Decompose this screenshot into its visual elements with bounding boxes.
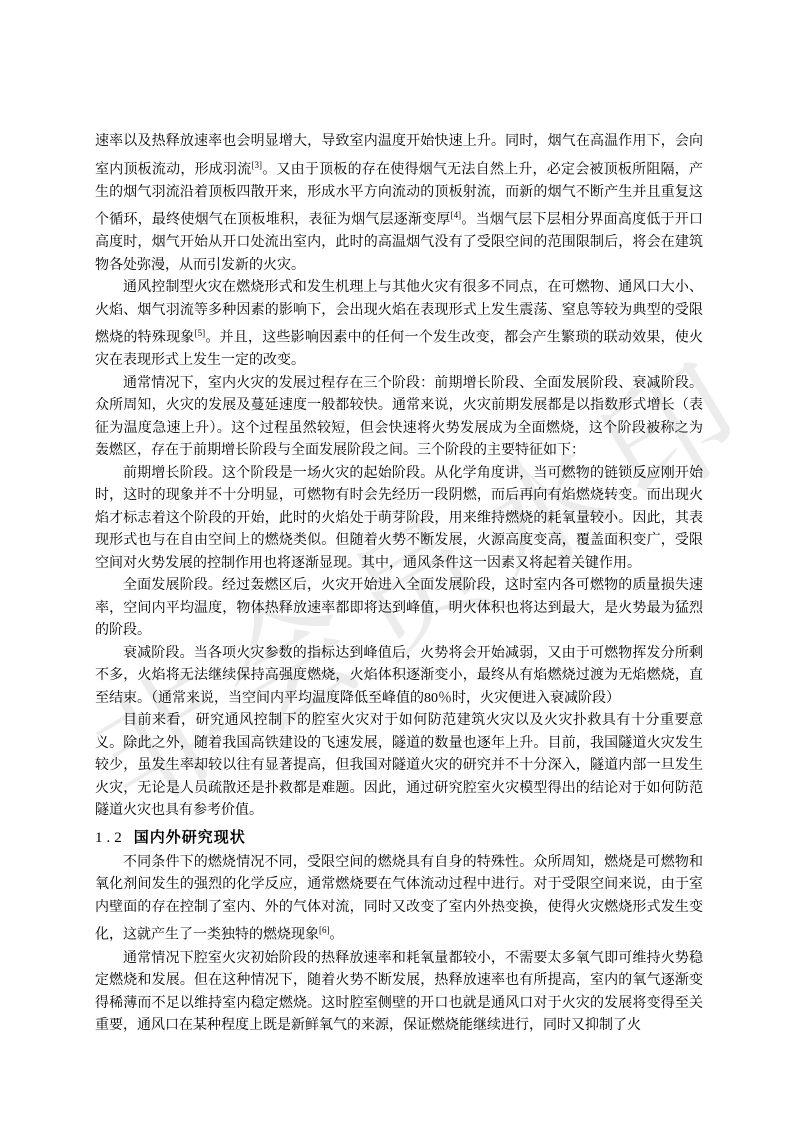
document-page: 非会员水印 速率以及热释放速率也会明显增大，导致室内温度开始快速上升。同时，烟气…: [0, 0, 793, 1122]
paragraph: 前期增长阶段。这个阶段是一场火灾的起始阶段。从化学角度讲，当可燃物的链锁反应刚开…: [95, 463, 703, 576]
paragraph: 全面发展阶段。经过轰燃区后，火灾开始进入全面发展阶段，这时室内各可燃物的质量损失…: [95, 575, 703, 643]
document-body: 速率以及热释放速率也会明显增大，导致室内温度开始快速上升。同时，烟气在高温作用下…: [95, 131, 703, 1038]
paragraph: 衰减阶段。当各项火灾参数的指标达到峰值后，火势将会开始减弱，又由于可燃物挥发分所…: [95, 643, 703, 711]
section-number: 1.2: [95, 830, 126, 846]
section-title: 国内外研究现状: [134, 830, 246, 846]
citation-ref: [5]: [195, 328, 206, 338]
citation-ref: [3]: [252, 160, 263, 170]
citation-ref: [6]: [319, 925, 330, 935]
paragraph: 通风控制型火灾在燃烧形式和发生机理上与其他火灾有很多不同点，在可燃物、通风口大小…: [95, 277, 703, 373]
citation-ref: [4]: [451, 210, 462, 220]
paragraph: 通常情况下腔室火灾初始阶段的热释放速率和耗氧量都较小，不需要太多氧气即可维持火势…: [95, 948, 703, 1038]
paragraph: 目前来看，研究通风控制下的腔室火灾对于如何防范建筑火灾以及火灾扑救具有十分重要意…: [95, 710, 703, 823]
paragraph: 通常情况下，室内火灾的发展过程存在三个阶段：前期增长阶段、全面发展阶段、衰减阶段…: [95, 373, 703, 463]
section-heading: 1.2国内外研究现状: [95, 826, 703, 850]
paragraph: 速率以及热释放速率也会明显增大，导致室内温度开始快速上升。同时，烟气在高温作用下…: [95, 131, 703, 277]
paragraph: 不同条件下的燃烧情况不同，受限空间的燃烧具有自身的特殊性。众所周知，燃烧是可燃物…: [95, 852, 703, 948]
